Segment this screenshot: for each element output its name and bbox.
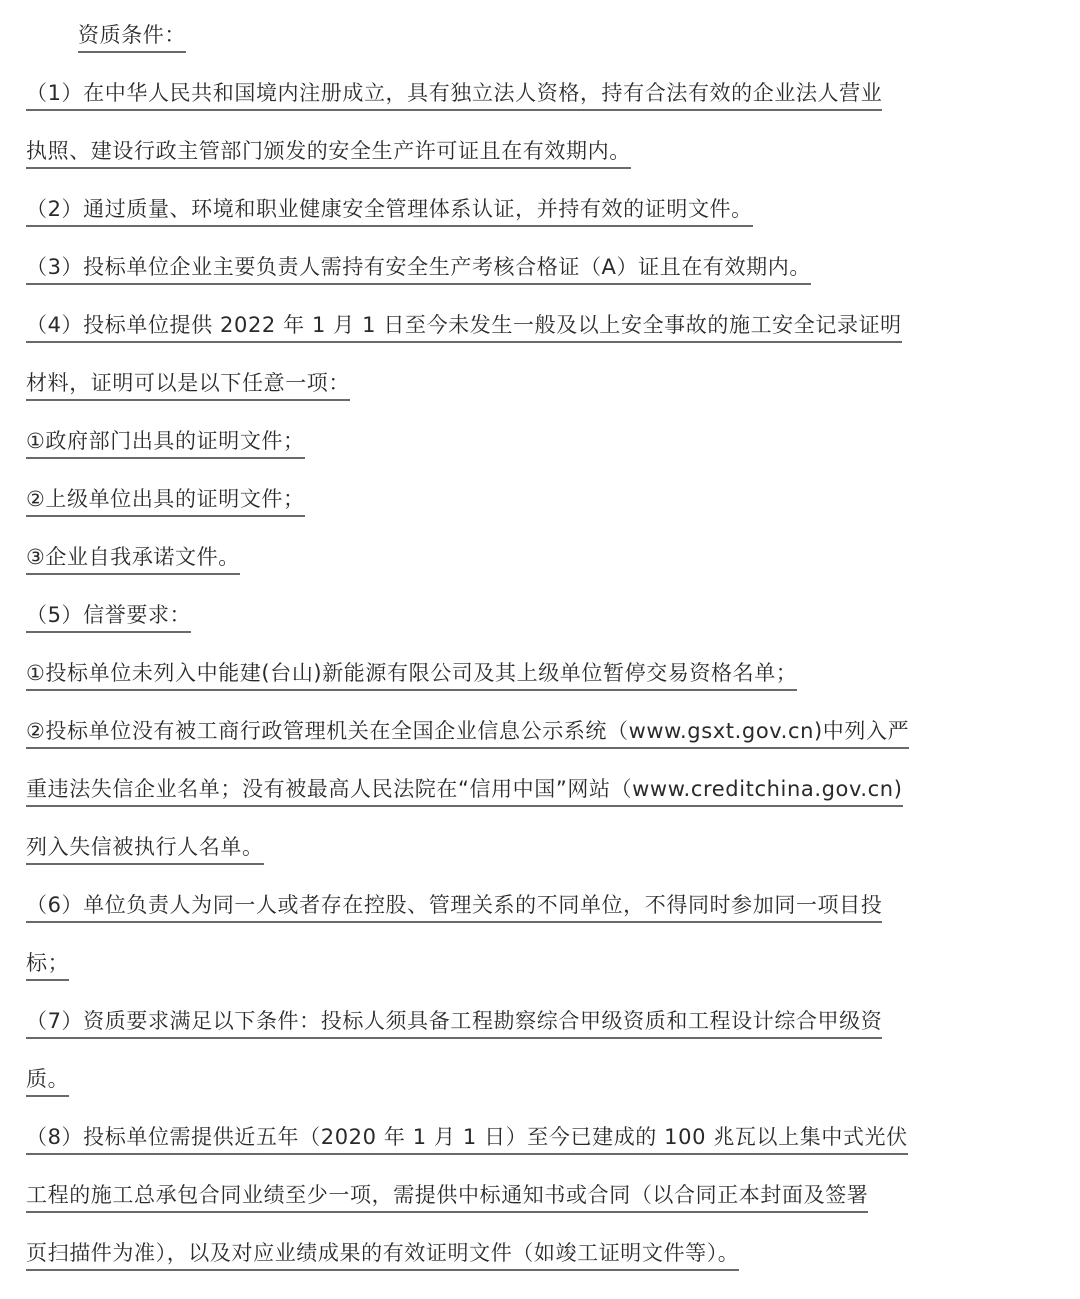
clause-6-line-1: （6）单位负责人为同一人或者存在控股、管理关系的不同单位，不得同时参加同一项目投 <box>26 890 882 923</box>
clause-4-line-2: 材料，证明可以是以下任意一项： <box>26 368 350 401</box>
clause-4-option-2: ②上级单位出具的证明文件； <box>26 484 305 517</box>
clause-5-item-1: ①投标单位未列入中能建(台山)新能源有限公司及其上级单位暂停交易资格名单； <box>26 658 797 691</box>
clause-5-item-2-line-1: ②投标单位没有被工商行政管理机关在全国企业信息公示系统（www.gsxt.gov… <box>26 716 909 749</box>
clause-8-line-2: 工程的施工总承包合同业绩至少一项，需提供中标通知书或合同（以合同正本封面及签署 <box>26 1180 868 1213</box>
clause-4-option-3: ③企业自我承诺文件。 <box>26 542 240 575</box>
clause-5-item-2-line-3: 列入失信被执行人名单。 <box>26 832 264 865</box>
clause-4-line-1: （4）投标单位提供 2022 年 1 月 1 日至今未发生一般及以上安全事故的施… <box>26 310 902 343</box>
clause-7-line-1: （7）资质要求满足以下条件：投标人须具备工程勘察综合甲级资质和工程设计综合甲级资 <box>26 1006 882 1039</box>
clause-1-line-2: 执照、建设行政主管部门颁发的安全生产许可证且在有效期内。 <box>26 136 631 169</box>
clause-1-line-1: （1）在中华人民共和国境内注册成立，具有独立法人资格，持有合法有效的企业法人营业 <box>26 78 882 111</box>
clause-3: （3）投标单位企业主要负责人需持有安全生产考核合格证（A）证且在有效期内。 <box>26 252 811 285</box>
clause-8-line-3: 页扫描件为准），以及对应业绩成果的有效证明文件（如竣工证明文件等）。 <box>26 1238 739 1271</box>
clause-8-line-1: （8）投标单位需提供近五年（2020 年 1 月 1 日）至今已建成的 100 … <box>26 1122 908 1155</box>
clause-4-option-1: ①政府部门出具的证明文件； <box>26 426 305 459</box>
clause-5-heading: （5）信誉要求： <box>26 600 191 633</box>
clause-7-line-2: 质。 <box>26 1064 69 1097</box>
clause-5-item-2-line-2: 重违法失信企业名单；没有被最高人民法院在“信用中国”网站（www.creditc… <box>26 774 903 807</box>
section-heading: 资质条件： <box>78 20 186 53</box>
clause-6-line-2: 标； <box>26 948 69 981</box>
clause-2: （2）通过质量、环境和职业健康安全管理体系认证，并持有效的证明文件。 <box>26 194 753 227</box>
